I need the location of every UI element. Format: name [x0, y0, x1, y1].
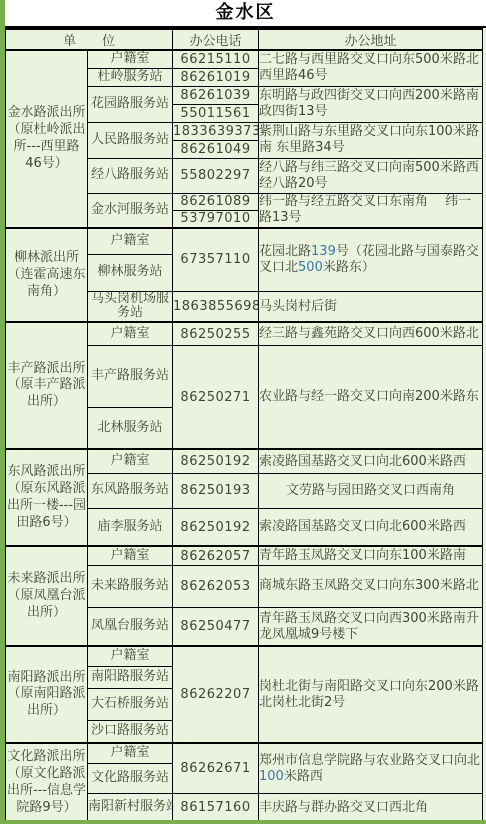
phone-cell: 53797010 — [173, 210, 259, 228]
station-table-body: 金水路派出所（原杜岭派出所---西里路46号）户籍室66215110二七路与西里… — [6, 50, 483, 820]
table-row: 丰产路派出所（原丰产路派出所）户籍室86250255经三路与鑫苑路交叉口向西60… — [6, 322, 483, 345]
address-text: 索凌路国基路交叉口向北600米路西 — [259, 454, 466, 469]
phone-cell: 86250192 — [173, 508, 259, 546]
address-cell: 郑州市信息学院路与农业路交叉口向北100米路西 — [259, 743, 483, 793]
address-cell: 纬一路与经五路交叉口东南角 纬一路13号 — [259, 193, 483, 228]
phone-cell: 86250193 — [173, 473, 259, 508]
station-cell: 南阳路服务站 — [88, 666, 173, 688]
unit-cell: 丰产路派出所（原丰产路派出所） — [6, 322, 88, 449]
address-text: 商城东路玉凤路交叉口向东300米路北 — [259, 578, 479, 593]
station-cell: 文化路服务站 — [88, 763, 173, 793]
phone-cell: 86261049 — [173, 140, 259, 158]
station-cell: 户籍室 — [88, 546, 173, 565]
phone-cell: 86262057 — [173, 546, 259, 565]
address-cell: 二七路与西里路交叉口向东500米路北 西里路46号 — [259, 50, 483, 86]
table-row: 南阳路派出所（原南阳路派出所）户籍室86262207岗杜北街与南阳路交叉口向东2… — [6, 646, 483, 666]
station-cell: 北林服务站 — [88, 407, 173, 449]
phone-cell: 86261019 — [173, 68, 259, 86]
address-cell: 索凌路国基路交叉口向北600米路西 — [259, 449, 483, 473]
station-cell: 人民路服务站 — [88, 122, 173, 158]
phone-cell: 55802297 — [173, 158, 259, 193]
table-row: 金水路派出所（原杜岭派出所---西里路46号）户籍室66215110二七路与西里… — [6, 50, 483, 68]
header-address: 办公地址 — [259, 29, 483, 50]
address-highlight: 500 — [298, 260, 323, 275]
address-text: 米路西 — [284, 769, 323, 784]
phone-cell: 86250477 — [173, 607, 259, 646]
address-text: 经三路与鑫苑路交叉口向西600米路北 — [259, 326, 479, 341]
address-text: 青年路玉凤路交叉口向西300米路南升龙凤凰城9号楼下 — [259, 611, 479, 642]
address-text: 索凌路国基路交叉口向北600米路西 — [259, 519, 466, 534]
station-cell: 凤凰台服务站 — [88, 607, 173, 646]
phone-cell: 86261039 — [173, 86, 259, 104]
station-cell: 户籍室 — [88, 646, 173, 666]
phone-cell: 86250255 — [173, 322, 259, 345]
address-highlight: 139 — [311, 244, 336, 259]
station-cell: 户籍室 — [88, 322, 173, 345]
phone-cell: 67357110 — [173, 228, 259, 291]
address-text: 二七路与西里路交叉口向东500米路北 西里路46号 — [259, 52, 479, 83]
unit-cell: 金水路派出所（原杜岭派出所---西里路46号） — [6, 50, 88, 228]
table-row: 未来路派出所（原凤凰台派出所）户籍室86262057青年路玉凤路交叉口向东100… — [6, 546, 483, 565]
address-cell: 经八路与纬三路交叉口向南500米路西 经八路20号 — [259, 158, 483, 193]
phone-cell: 86250192 — [173, 449, 259, 473]
table-row: 柳林派出所（连霍高速东南角）户籍室67357110花园北路139号（花园北路与国… — [6, 228, 483, 254]
address-cell: 紫荆山路与东里路交叉口向东100米路南 东里路34号 — [259, 122, 483, 158]
address-cell: 丰庆路与群办路交叉口西北角 — [259, 793, 483, 820]
station-cell: 杜岭服务站 — [88, 68, 173, 86]
station-cell: 花园路服务站 — [88, 86, 173, 122]
address-text: 郑州市信息学院路与农业路交叉口向北 — [259, 753, 480, 768]
address-text: 紫荆山路与东里路交叉口向东100米路南 东里路34号 — [259, 124, 479, 155]
address-text: 丰庆路与群办路交叉口西北角 — [259, 800, 428, 815]
address-cell: 农业路与经一路交叉口向南200米路东 — [259, 345, 483, 449]
table-row: 文化路派出所（原文化路派出所---信息学院路9号）户籍室86262671郑州市信… — [6, 743, 483, 763]
phone-cell: 18638556986 — [173, 291, 259, 322]
station-table: 单 位 办公电话 办公地址 金水路派出所（原杜岭派出所---西里路46号）户籍室… — [5, 28, 483, 820]
address-cell: 花园北路139号（花园北路与国泰路交叉口北500米路东） — [259, 228, 483, 291]
station-cell: 东风路服务站 — [88, 473, 173, 508]
phone-cell: 86262207 — [173, 646, 259, 743]
header-unit: 单 位 — [6, 29, 173, 50]
address-text: 岗杜北街与南阳路交叉口向东200米路北岗杜北街2号 — [259, 679, 479, 710]
address-text: 马头岗村后街 — [259, 299, 337, 314]
table-header-row: 单 位 办公电话 办公地址 — [6, 29, 483, 50]
unit-cell: 文化路派出所（原文化路派出所---信息学院路9号） — [6, 743, 88, 820]
phone-cell: 86250271 — [173, 345, 259, 449]
station-cell: 金水河服务站 — [88, 193, 173, 228]
station-cell: 大石桥服务站 — [88, 688, 173, 720]
address-cell: 马头岗村后街 — [259, 291, 483, 322]
address-cell: 经三路与鑫苑路交叉口向西600米路北 — [259, 322, 483, 345]
phone-cell: 86262671 — [173, 743, 259, 793]
header-phone: 办公电话 — [173, 29, 259, 50]
phone-cell: 55011561 — [173, 104, 259, 122]
phone-cell: 18336393738 — [173, 122, 259, 140]
page-content: 金水区 单 位 办公电话 办公地址 金水路派出所（原杜岭派出所---西里路46号… — [5, 0, 486, 820]
address-text: 米路东） — [323, 260, 375, 275]
unit-cell: 南阳路派出所（原南阳路派出所） — [6, 646, 88, 743]
address-text: 花园北路 — [259, 244, 311, 259]
address-cell: 商城东路玉凤路交叉口向东300米路北 — [259, 565, 483, 607]
unit-cell: 未来路派出所（原凤凰台派出所） — [6, 546, 88, 646]
station-cell: 丰产路服务站 — [88, 345, 173, 407]
phone-cell: 86262053 — [173, 565, 259, 607]
station-cell: 户籍室 — [88, 743, 173, 763]
address-text: 纬一路与经五路交叉口东南角 纬一路13号 — [259, 194, 471, 225]
station-cell: 户籍室 — [88, 449, 173, 473]
address-cell: 东明路与政四街交叉口向西200米路南政四街13号 — [259, 86, 483, 122]
address-cell: 岗杜北街与南阳路交叉口向东200米路北岗杜北街2号 — [259, 646, 483, 743]
phone-cell: 86157160 — [173, 793, 259, 820]
station-cell: 马头岗机场服务站 — [88, 291, 173, 322]
station-cell: 南阳新村服务站 — [88, 793, 173, 820]
address-text: 农业路与经一路交叉口向南200米路东 — [259, 389, 479, 404]
address-text: 文劳路与园田路交叉口西南角 — [286, 483, 455, 498]
address-cell: 青年路玉凤路交叉口向西300米路南升龙凤凰城9号楼下 — [259, 607, 483, 646]
district-title: 金水区 — [5, 0, 486, 28]
address-text: 青年路玉凤路交叉口向东100米路南 — [259, 548, 466, 563]
station-cell: 户籍室 — [88, 228, 173, 254]
station-cell: 户籍室 — [88, 50, 173, 68]
unit-cell: 东风路派出所（原东风路派出所一楼---园田路6号） — [6, 449, 88, 546]
table-row: 东风路派出所（原东风路派出所一楼---园田路6号）户籍室86250192索凌路国… — [6, 449, 483, 473]
address-text: 经八路与纬三路交叉口向南500米路西 经八路20号 — [259, 160, 479, 191]
station-cell: 庙李服务站 — [88, 508, 173, 546]
phone-cell: 66215110 — [173, 50, 259, 68]
station-cell: 未来路服务站 — [88, 565, 173, 607]
station-cell: 经八路服务站 — [88, 158, 173, 193]
station-cell: 柳林服务站 — [88, 254, 173, 291]
address-cell: 青年路玉凤路交叉口向东100米路南 — [259, 546, 483, 565]
address-highlight: 100 — [259, 769, 284, 784]
station-cell: 沙口路服务站 — [88, 720, 173, 743]
phone-cell: 86261089 — [173, 193, 259, 210]
address-text: 东明路与政四街交叉口向西200米路南政四街13号 — [259, 88, 479, 119]
address-cell: 文劳路与园田路交叉口西南角 — [259, 473, 483, 508]
unit-cell: 柳林派出所（连霍高速东南角） — [6, 228, 88, 322]
address-cell: 索凌路国基路交叉口向北600米路西 — [259, 508, 483, 546]
